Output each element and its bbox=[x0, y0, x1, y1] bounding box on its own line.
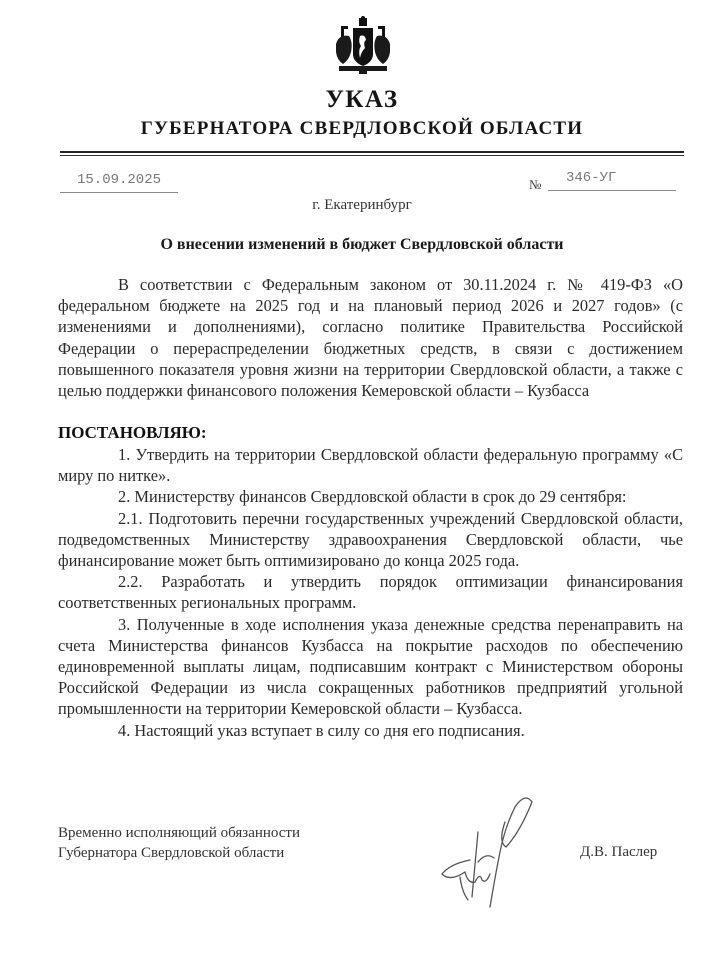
decree-word: ПОСТАНОВЛЯЮ: bbox=[58, 423, 207, 443]
preamble-paragraph: В соответствии с Федеральным законом от … bbox=[58, 274, 683, 401]
issuer-subtitle: ГУБЕРНАТОРА СВЕРДЛОВСКОЙ ОБЛАСТИ bbox=[0, 118, 724, 140]
document-type-title: УКАЗ bbox=[0, 86, 724, 114]
decree-items: 1. Утвердить на территории Свердловской … bbox=[58, 444, 683, 741]
decree-item-2: 2. Министерству финансов Свердловской об… bbox=[58, 486, 683, 507]
city-label: г. Екатеринбург bbox=[0, 197, 724, 214]
decree-number: 346-УГ bbox=[548, 170, 676, 191]
signer-position: Временно исполняющий обязанности Губерна… bbox=[58, 823, 300, 863]
preamble-block: В соответствии с Федеральным законом от … bbox=[58, 274, 683, 401]
decree-date: 15.09.2025 bbox=[60, 172, 178, 193]
handwritten-signature-icon bbox=[420, 792, 550, 912]
coat-of-arms-icon bbox=[333, 16, 393, 76]
decree-item-2-2: 2.2. Разработать и утвердить порядок опт… bbox=[58, 571, 683, 613]
signer-name: Д.В. Паслер bbox=[580, 844, 657, 861]
signer-position-line-1: Временно исполняющий обязанности bbox=[58, 823, 300, 843]
header-divider bbox=[60, 151, 684, 156]
decree-item-4: 4. Настоящий указ вступает в силу со дня… bbox=[58, 720, 683, 741]
decree-item-1: 1. Утвердить на территории Свердловской … bbox=[58, 444, 683, 486]
decree-item-2-1: 2.1. Подготовить перечни государственных… bbox=[58, 508, 683, 572]
signer-position-line-2: Губернатора Свердловской области bbox=[58, 843, 300, 863]
document-heading: О внесении изменений в бюджет Свердловск… bbox=[0, 236, 724, 254]
number-sign: № bbox=[529, 177, 541, 193]
decree-item-3: 3. Полученные в ходе исполнения указа де… bbox=[58, 614, 683, 720]
